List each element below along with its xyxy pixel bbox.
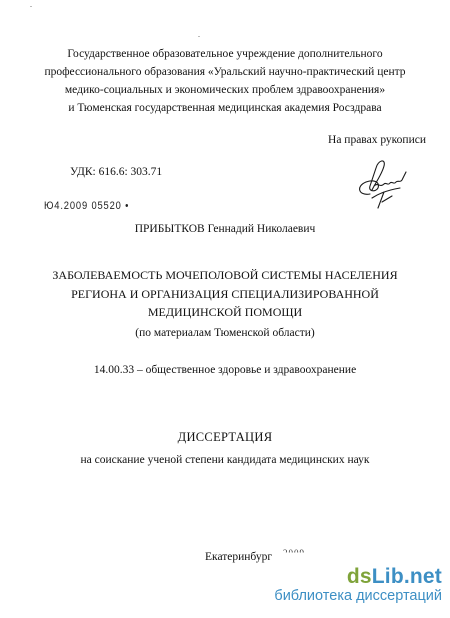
document-type-heading: ДИССЕРТАЦИЯ bbox=[0, 430, 450, 445]
title-line: РЕГИОНА И ОРГАНИЗАЦИЯ СПЕЦИАЛИЗИРОВАННОЙ bbox=[0, 285, 450, 304]
dissertation-title: ЗАБОЛЕВАЕМОСТЬ МОЧЕПОЛОВОЙ СИСТЕМЫ НАСЕЛ… bbox=[0, 266, 450, 322]
manuscript-rights-note: На правах рукописи bbox=[328, 134, 426, 146]
title-line: ЗАБОЛЕВАЕМОСТЬ МОЧЕПОЛОВОЙ СИСТЕМЫ НАСЕЛ… bbox=[0, 266, 450, 285]
logo-part-ds: ds bbox=[347, 565, 372, 588]
degree-line: на соискание ученой степени кандидата ме… bbox=[0, 451, 450, 469]
institution-line: профессионального образования «Уральский… bbox=[0, 63, 450, 81]
registration-stamp: Ю4.2009 05520 • bbox=[44, 200, 129, 212]
dslib-watermark[interactable]: dsLib.net библиотека диссертаций bbox=[274, 566, 442, 605]
institution-block: Государственное образовательное учрежден… bbox=[0, 45, 450, 117]
institution-line: медико-социальных и экономических пробле… bbox=[0, 81, 450, 99]
dissertation-subtitle: (по материалам Тюменской области) bbox=[0, 324, 450, 342]
signature-icon bbox=[340, 152, 420, 212]
scan-speck bbox=[198, 36, 200, 37]
author-name: ПРИБЫТКОВ Геннадий Николаевич bbox=[0, 220, 450, 238]
dslib-tagline: библиотека диссертаций bbox=[274, 588, 442, 605]
institution-line: и Тюменская государственная медицинская … bbox=[0, 99, 450, 117]
title-line: МЕДИЦИНСКОЙ ПОМОЩИ bbox=[0, 303, 450, 322]
year: 2009 bbox=[283, 548, 305, 558]
specialty-code: 14.00.33 – общественное здоровье и здрав… bbox=[0, 361, 450, 379]
scan-speck bbox=[30, 6, 32, 7]
logo-part-lib: Lib.net bbox=[372, 565, 442, 588]
city: Екатеринбург bbox=[205, 551, 272, 563]
institution-line: Государственное образовательное учрежден… bbox=[0, 45, 450, 63]
udk-code: УДК: 616.6: 303.71 bbox=[70, 166, 162, 178]
dslib-logo[interactable]: dsLib.net bbox=[274, 566, 442, 588]
